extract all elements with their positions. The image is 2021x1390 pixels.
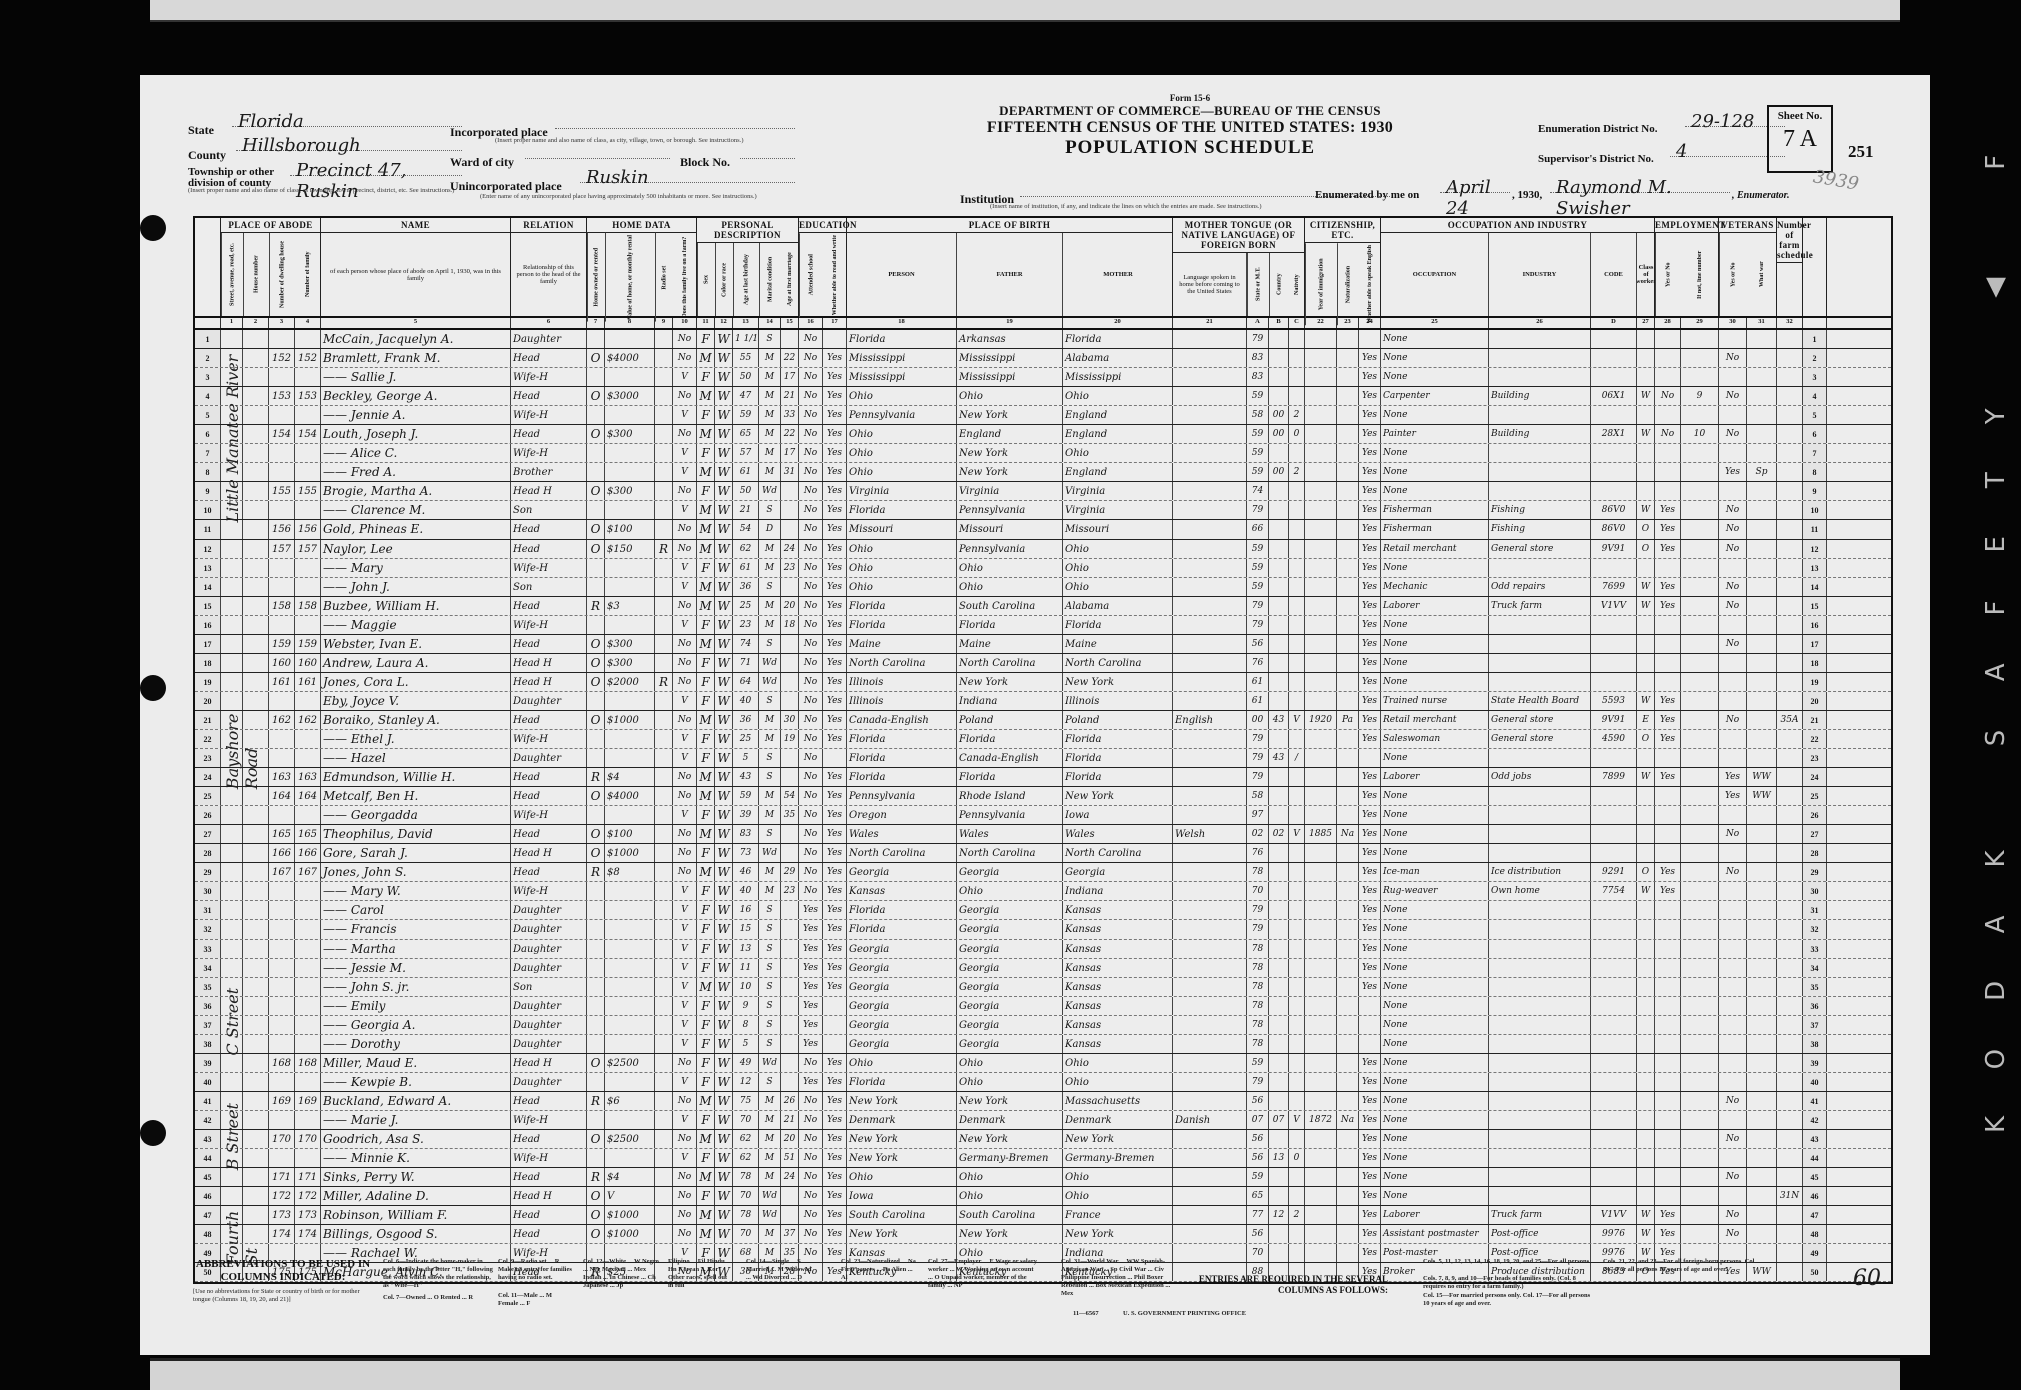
cell-mbp: Alabama [1063,349,1173,367]
cell-own: O [587,1225,605,1243]
cell-sex: F [697,482,715,500]
next-frame-strip [150,1358,1900,1390]
cell-work [1655,1111,1681,1129]
cell-mbp: England [1063,406,1173,424]
cell-imm [1305,1035,1337,1053]
cell-agem: 26 [781,1092,799,1110]
cell-hnum [243,520,269,538]
table-row: 3—— Sallie J.Wife-HVFW50M17NoYesMississi… [195,368,1891,387]
cell-sch: No [799,635,823,653]
cell-hnum [243,1130,269,1148]
cell-eng: Yes [1359,1225,1381,1243]
cell-mbp: Florida [1063,730,1173,748]
cell-sch: No [799,654,823,672]
cell-fbp: New York [957,1225,1063,1243]
cell-read: Yes [823,730,847,748]
cell-fsch [1777,940,1803,958]
cell-bp: Ohio [847,559,957,577]
cell-read: Yes [823,368,847,386]
cell-age: 13 [733,940,759,958]
cell-name: Jones, Cora L. [321,673,511,691]
cell-wline [1681,1149,1719,1167]
cell-farm: No [673,1130,697,1148]
cell-val: $2000 [605,673,655,691]
cell-line2: 16 [1803,616,1827,634]
cell-farm: No [673,540,697,558]
cell-fsch [1777,730,1803,748]
cell-rel: Son [511,578,587,596]
cell-ind [1489,1187,1591,1205]
cell-code: V1VV [1591,597,1637,615]
cell-fbp: New York [957,1130,1063,1148]
cell-house [269,978,295,996]
cell-occ: None [1381,635,1489,653]
cell-agem [781,482,799,500]
cell-agem [781,1054,799,1072]
cell-val [605,730,655,748]
cell-own [587,1073,605,1091]
cell-hnum [243,1225,269,1243]
cell-sch: No [799,882,823,900]
cell-fbp: Georgia [957,863,1063,881]
cell-cls: O [1637,863,1655,881]
abbr-col9: Col. 9—Radio set ... R Make no entry for… [498,1258,573,1282]
cell-nat [1337,1092,1359,1110]
cell-farm: V [673,940,697,958]
cell-work [1655,1130,1681,1148]
cell-eng: Yes [1359,711,1381,729]
cell-radio [655,1225,673,1243]
table-row: 2152152Bramlett, Frank M.HeadO$4000NoMW5… [195,349,1891,368]
cell-cA: 59 [1247,578,1269,596]
table-row: 39168168Miller, Maud E.Head HO$2500NoFW4… [195,1054,1891,1073]
cell-ind: Odd repairs [1489,578,1591,596]
cell-rel: Daughter [511,330,587,348]
cell-radio [655,635,673,653]
cell-line2: 48 [1803,1225,1827,1243]
cell-farm: No [673,825,697,843]
cell-cls [1637,787,1655,805]
cell-ind [1489,654,1591,672]
punch-hole [140,1120,166,1146]
cell-wline [1681,1225,1719,1243]
cell-bp: Ohio [847,1054,957,1072]
cell-line: 47 [195,1206,221,1224]
cell-ind [1489,806,1591,824]
cell-lang [1173,330,1247,348]
group-title: PLACE OF BIRTH [847,218,1172,233]
cell-sch: No [799,387,823,405]
cell-code [1591,673,1637,691]
cell-line: 45 [195,1168,221,1186]
column-number: 12 [715,318,733,328]
cell-vet [1719,1111,1747,1129]
printer: U. S. GOVERNMENT PRINTING OFFICE [1123,1310,1246,1318]
cell-val [605,806,655,824]
cell-bp: Ohio [847,463,957,481]
cell-eng: Yes [1359,540,1381,558]
cell-hnum [243,540,269,558]
film-edge-marking: KODAK SAFETY ▲ F [1981,40,2011,1200]
cell-vet [1719,844,1747,862]
cell-eng: Yes [1359,1168,1381,1186]
cell-occ: None [1381,482,1489,500]
cell-read: Yes [823,844,847,862]
cell-name: —— John J. [321,578,511,596]
cell-sch: No [799,806,823,824]
cell-vet [1719,1187,1747,1205]
cell-lang [1173,863,1247,881]
cell-cB: 00 [1269,463,1289,481]
cell-imm [1305,692,1337,710]
table-row: 36—— EmilyDaughterVFW9SYesGeorgiaGeorgia… [195,997,1891,1016]
cell-wline [1681,1035,1719,1053]
cell-war [1747,425,1777,443]
cell-fbp: New York [957,406,1063,424]
cell-mar: M [759,1225,781,1243]
cell-age: 61 [733,559,759,577]
table-row: 19161161Jones, Cora L.Head HO$2000RNoFW6… [195,673,1891,692]
cell-agem: 51 [781,1149,799,1167]
cell-war [1747,920,1777,938]
cell-work [1655,559,1681,577]
cell-code: 4590 [1591,730,1637,748]
cell-cB [1269,959,1289,977]
cell-farm: No [673,1168,697,1186]
cell-lang [1173,997,1247,1015]
cell-fbp: Germany-Bremen [957,1149,1063,1167]
column-subheader: Whether able to speak English [1359,243,1381,325]
schedule-title: POPULATION SCHEDULE [930,137,1450,159]
cell-name: Eby, Joyce V. [321,692,511,710]
cell-rel: Wife-H [511,1111,587,1129]
cell-sex: F [697,406,715,424]
cell-own [587,978,605,996]
cell-occ: None [1381,330,1489,348]
cell-cC [1289,616,1305,634]
cell-vet [1719,901,1747,919]
cell-race: W [715,997,733,1015]
cell-rel: Head [511,768,587,786]
cell-agem [781,959,799,977]
cell-fsch [1777,616,1803,634]
cell-hnum [243,349,269,367]
cell-sch: No [799,330,823,348]
cell-agem [781,520,799,538]
cell-hnum [243,959,269,977]
cell-line: 42 [195,1111,221,1129]
cell-work [1655,673,1681,691]
cell-agem [781,825,799,843]
cell-wline [1681,330,1719,348]
cell-work [1655,997,1681,1015]
cell-radio [655,730,673,748]
cell-mar: S [759,1035,781,1053]
cell-nat: Pa [1337,711,1359,729]
cell-own [587,920,605,938]
cell-rel: Head H [511,654,587,672]
cell-work: Yes [1655,597,1681,615]
cell-hnum [243,425,269,443]
cell-fam: 174 [295,1225,321,1243]
cell-agem: 18 [781,616,799,634]
cell-nat [1337,444,1359,462]
column-subheader: Age at first marriage [781,243,799,316]
cell-ind [1489,1111,1591,1129]
cell-house: 167 [269,863,295,881]
cell-work [1655,825,1681,843]
cell-hnum [243,654,269,672]
cell-cC: 0 [1289,1149,1305,1167]
cell-nat [1337,1168,1359,1186]
cell-cA: 79 [1247,730,1269,748]
cell-cC [1289,349,1305,367]
cell-mar: M [759,882,781,900]
cell-bp: Georgia [847,997,957,1015]
cell-sex: F [697,444,715,462]
cell-eng: Yes [1359,559,1381,577]
cell-fam [295,1149,321,1167]
cell-name: Boraiko, Stanley A. [321,711,511,729]
cell-fbp: Ohio [957,1168,1063,1186]
cell-own: O [587,635,605,653]
cell-cA: 56 [1247,1092,1269,1110]
cell-hnum [243,463,269,481]
cell-read: Yes [823,920,847,938]
ed-label: Enumeration District No. [1538,123,1657,135]
cell-rel: Daughter [511,901,587,919]
cell-nat [1337,692,1359,710]
ward-value [525,143,670,159]
cell-eng: Yes [1359,940,1381,958]
cell-ind [1489,673,1591,691]
cell-ind: Ice distribution [1489,863,1591,881]
cell-fsch [1777,673,1803,691]
cell-cC [1289,787,1305,805]
cell-line2: 22 [1803,730,1827,748]
cell-agem: 22 [781,349,799,367]
cell-agem [781,578,799,596]
cell-work [1655,1187,1681,1205]
cell-mar: Wd [759,1187,781,1205]
cell-eng: Yes [1359,920,1381,938]
cell-rel: Daughter [511,920,587,938]
cell-war [1747,1206,1777,1224]
cell-race: W [715,1130,733,1148]
cell-line2: 24 [1803,768,1827,786]
cell-cA: 78 [1247,978,1269,996]
cell-code: 9V91 [1591,711,1637,729]
group-title: Number of farm schedule [1777,218,1802,263]
cell-eng: Yes [1359,1092,1381,1110]
cell-mar: M [759,730,781,748]
table-row: 40—— Kewpie B.DaughterVFW12SYesYesFlorid… [195,1073,1891,1092]
cell-cls: W [1637,692,1655,710]
cell-hnum [243,616,269,634]
cell-radio [655,711,673,729]
cell-cls [1637,901,1655,919]
table-body: 1McCain, Jacquelyn A.DaughterNoFW1 1/12S… [195,330,1891,1282]
cell-sch: Yes [799,1035,823,1053]
cell-line2: 18 [1803,654,1827,672]
cell-age: 8 [733,1016,759,1034]
cell-mbp: Kansas [1063,940,1173,958]
cell-work: Yes [1655,730,1681,748]
cell-race: W [715,940,733,958]
cell-fbp: Maine [957,635,1063,653]
cell-rel: Wife-H [511,368,587,386]
cell-farm: No [673,425,697,443]
cell-hnum [243,920,269,938]
cell-code: 28X1 [1591,425,1637,443]
township-note: (Insert proper name and also name of cla… [188,187,488,194]
cell-fam: 164 [295,787,321,805]
cell-cA: 65 [1247,1187,1269,1205]
table-row: 35—— John S. jr.SonVMW10SYesYesGeorgiaGe… [195,978,1891,997]
cell-cls: O [1637,540,1655,558]
cell-bp: Florida [847,501,957,519]
abbr-col7: Col. 7—Owned ... O Rented ... R [383,1294,493,1302]
column-group-header: VETERANSYes or NoWhat war [1719,218,1777,316]
cell-own [587,1149,605,1167]
cell-cls: W [1637,597,1655,615]
cell-rel: Wife-H [511,406,587,424]
cell-sex: F [697,1187,715,1205]
cell-code [1591,635,1637,653]
cell-radio [655,1073,673,1091]
cell-lang [1173,730,1247,748]
cell-cC: 2 [1289,406,1305,424]
table-row: 23—— HazelDaughterVFW5SNoFloridaCanada-E… [195,749,1891,768]
cell-imm [1305,387,1337,405]
cell-ind [1489,1168,1591,1186]
cell-cC [1289,1187,1305,1205]
cell-own [587,444,605,462]
column-number: 20 [1063,318,1173,328]
cell-mbp: Ohio [1063,1168,1173,1186]
cell-cls [1637,1054,1655,1072]
cell-cC [1289,863,1305,881]
block-value [740,143,795,159]
cell-age: 62 [733,540,759,558]
cell-vet [1719,806,1747,824]
cell-cB [1269,882,1289,900]
cell-eng: Yes [1359,654,1381,672]
cell-cA: 61 [1247,673,1269,691]
cell-ind: Post-office [1489,1225,1591,1243]
cell-vet [1719,482,1747,500]
cell-cls [1637,463,1655,481]
cell-imm [1305,882,1337,900]
cell-line: 11 [195,520,221,538]
cell-lang [1173,1092,1247,1110]
cell-work [1655,749,1681,767]
cell-work [1655,616,1681,634]
cell-line2: 44 [1803,1149,1827,1167]
cell-own [587,1111,605,1129]
cell-ind: General store [1489,711,1591,729]
cell-bp: Florida [847,768,957,786]
abbr-col6: Col. 6—Indicate the home-maker in each f… [383,1258,493,1290]
group-title: EMPLOYMENT [1655,218,1718,233]
cell-imm [1305,997,1337,1015]
cell-mar: S [759,940,781,958]
cell-mar: M [759,1111,781,1129]
abbr-col12b: Filipino ... Fil Hindu ... Hn Korean ...… [668,1258,733,1290]
cell-fbp: Rhode Island [957,787,1063,805]
cell-bp: Missouri [847,520,957,538]
cell-bp: Ohio [847,425,957,443]
cell-occ: Carpenter [1381,387,1489,405]
cell-farm: V [673,1111,697,1129]
cell-farm: No [673,1187,697,1205]
cell-eng: Yes [1359,844,1381,862]
page-number: 251 [1848,142,1874,162]
cell-fsch [1777,654,1803,672]
cell-cC [1289,1016,1305,1034]
cell-val: $100 [605,825,655,843]
cell-cC [1289,1130,1305,1148]
cell-house [269,1016,295,1034]
cell-house [269,730,295,748]
cell-hnum [243,806,269,824]
cell-rel: Son [511,501,587,519]
cell-fam [295,1016,321,1034]
cell-read: Yes [823,1168,847,1186]
cell-war [1747,1149,1777,1167]
abbr-col14: Col. 14—Single ... S Married ... M Widow… [746,1258,816,1282]
cell-work [1655,330,1681,348]
street-label: Little Manatee River [223,332,241,523]
cell-nat [1337,997,1359,1015]
cell-eng: Yes [1359,520,1381,538]
column-group-header: OCCUPATION AND INDUSTRYOCCUPATIONINDUSTR… [1381,218,1655,316]
cell-house: 155 [269,482,295,500]
cell-rel: Wife-H [511,882,587,900]
cell-war [1747,1225,1777,1243]
cell-sch: No [799,578,823,596]
cell-ind [1489,844,1591,862]
cell-cB [1269,578,1289,596]
cell-mar: M [759,787,781,805]
cell-own [587,616,605,634]
cell-ind [1489,1149,1591,1167]
cell-cA: 79 [1247,749,1269,767]
cell-lang [1173,616,1247,634]
cell-val: $4000 [605,349,655,367]
cell-name: Brogie, Martha A. [321,482,511,500]
cell-cA: 70 [1247,882,1269,900]
cell-sch: No [799,673,823,691]
cell-hnum [243,1035,269,1053]
cell-farm: V [673,749,697,767]
cell-fsch [1777,520,1803,538]
cell-eng [1359,1016,1381,1034]
cell-nat [1337,1225,1359,1243]
cell-house [269,806,295,824]
cell-farm: No [673,1054,697,1072]
cell-occ: None [1381,406,1489,424]
cell-fsch [1777,463,1803,481]
cell-wline [1681,806,1719,824]
cell-race: W [715,711,733,729]
cell-fbp: South Carolina [957,1206,1063,1224]
cell-occ: Fisherman [1381,520,1489,538]
cell-line: 15 [195,597,221,615]
cell-own [587,330,605,348]
cell-occ: None [1381,1016,1489,1034]
cell-agem: 17 [781,444,799,462]
